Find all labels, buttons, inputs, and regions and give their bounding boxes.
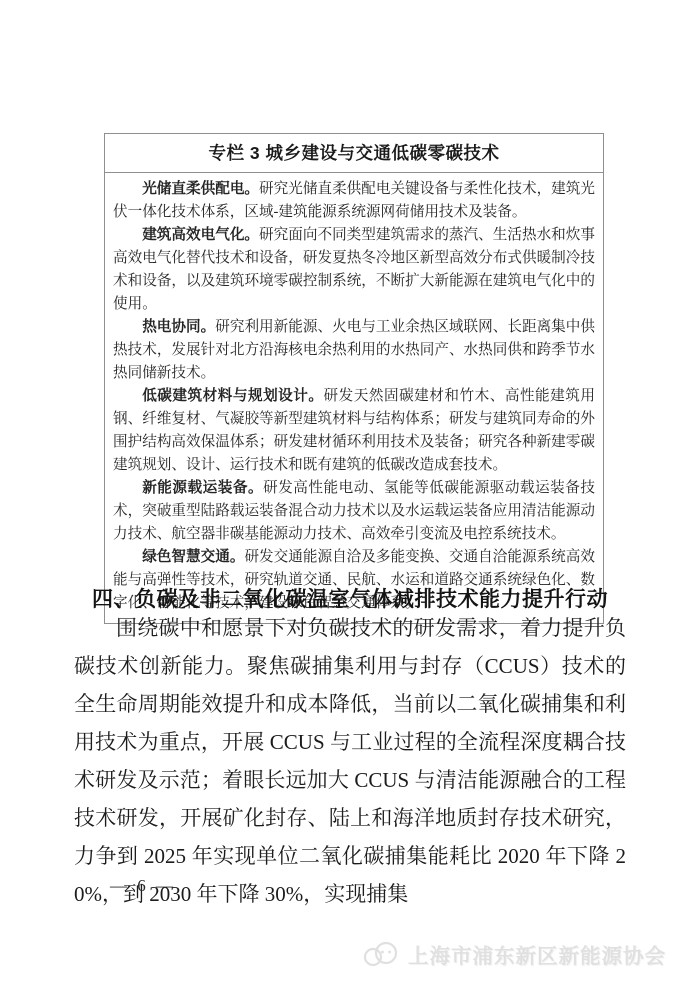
footer-brand-text: 上海市浦东新区新能源协会 (408, 939, 666, 969)
association-logo-icon (361, 938, 401, 970)
document-page: 专栏 3 城乡建设与交通低碳零碳技术 光储直柔供配电。研究光储直柔供配电关键设备… (0, 0, 700, 990)
box-paragraph-lead: 建筑高效电气化。 (142, 227, 259, 243)
section-body-paragraph: 围绕碳中和愿景下对负碳技术的研发需求，着力提升负碳技术创新能力。聚焦碳捕集利用与… (74, 609, 626, 913)
box-paragraph: 光储直柔供配电。研究光储直柔供配电关键设备与柔性化技术，建筑光伏一体化技术体系，… (113, 178, 595, 224)
box-paragraph: 新能源载运装备。研发高性能电动、氢能等低碳能源驱动载运装备技术，突破重型陆路载运… (113, 477, 595, 546)
box-paragraph: 建筑高效电气化。研究面向不同类型建筑需求的蒸汽、生活热水和炊事高效电气化替代技术… (113, 224, 595, 316)
feature-box: 专栏 3 城乡建设与交通低碳零碳技术 光储直柔供配电。研究光储直柔供配电关键设备… (104, 133, 604, 624)
footer-brand: 上海市浦东新区新能源协会 (361, 938, 666, 970)
box-paragraph-lead: 新能源载运装备。 (142, 480, 263, 496)
box-paragraph: 热电协同。研究利用新能源、火电与工业余热区域联网、长距离集中供热技术，发展针对北… (113, 316, 595, 385)
page-number: — 6 — (110, 876, 176, 896)
box-paragraph: 低碳建筑材料与规划设计。研发天然固碳建材和竹木、高性能建筑用钢、纤维复材、气凝胶… (113, 385, 595, 477)
feature-box-body: 光储直柔供配电。研究光储直柔供配电关键设备与柔性化技术，建筑光伏一体化技术体系，… (105, 173, 603, 623)
feature-box-title: 专栏 3 城乡建设与交通低碳零碳技术 (105, 134, 603, 173)
box-paragraph-lead: 光储直柔供配电。 (142, 181, 259, 197)
box-paragraph-lead: 绿色智慧交通。 (142, 549, 244, 565)
box-paragraph-lead: 低碳建筑材料与规划设计。 (142, 388, 323, 404)
box-paragraph-lead: 热电协同。 (142, 319, 215, 335)
